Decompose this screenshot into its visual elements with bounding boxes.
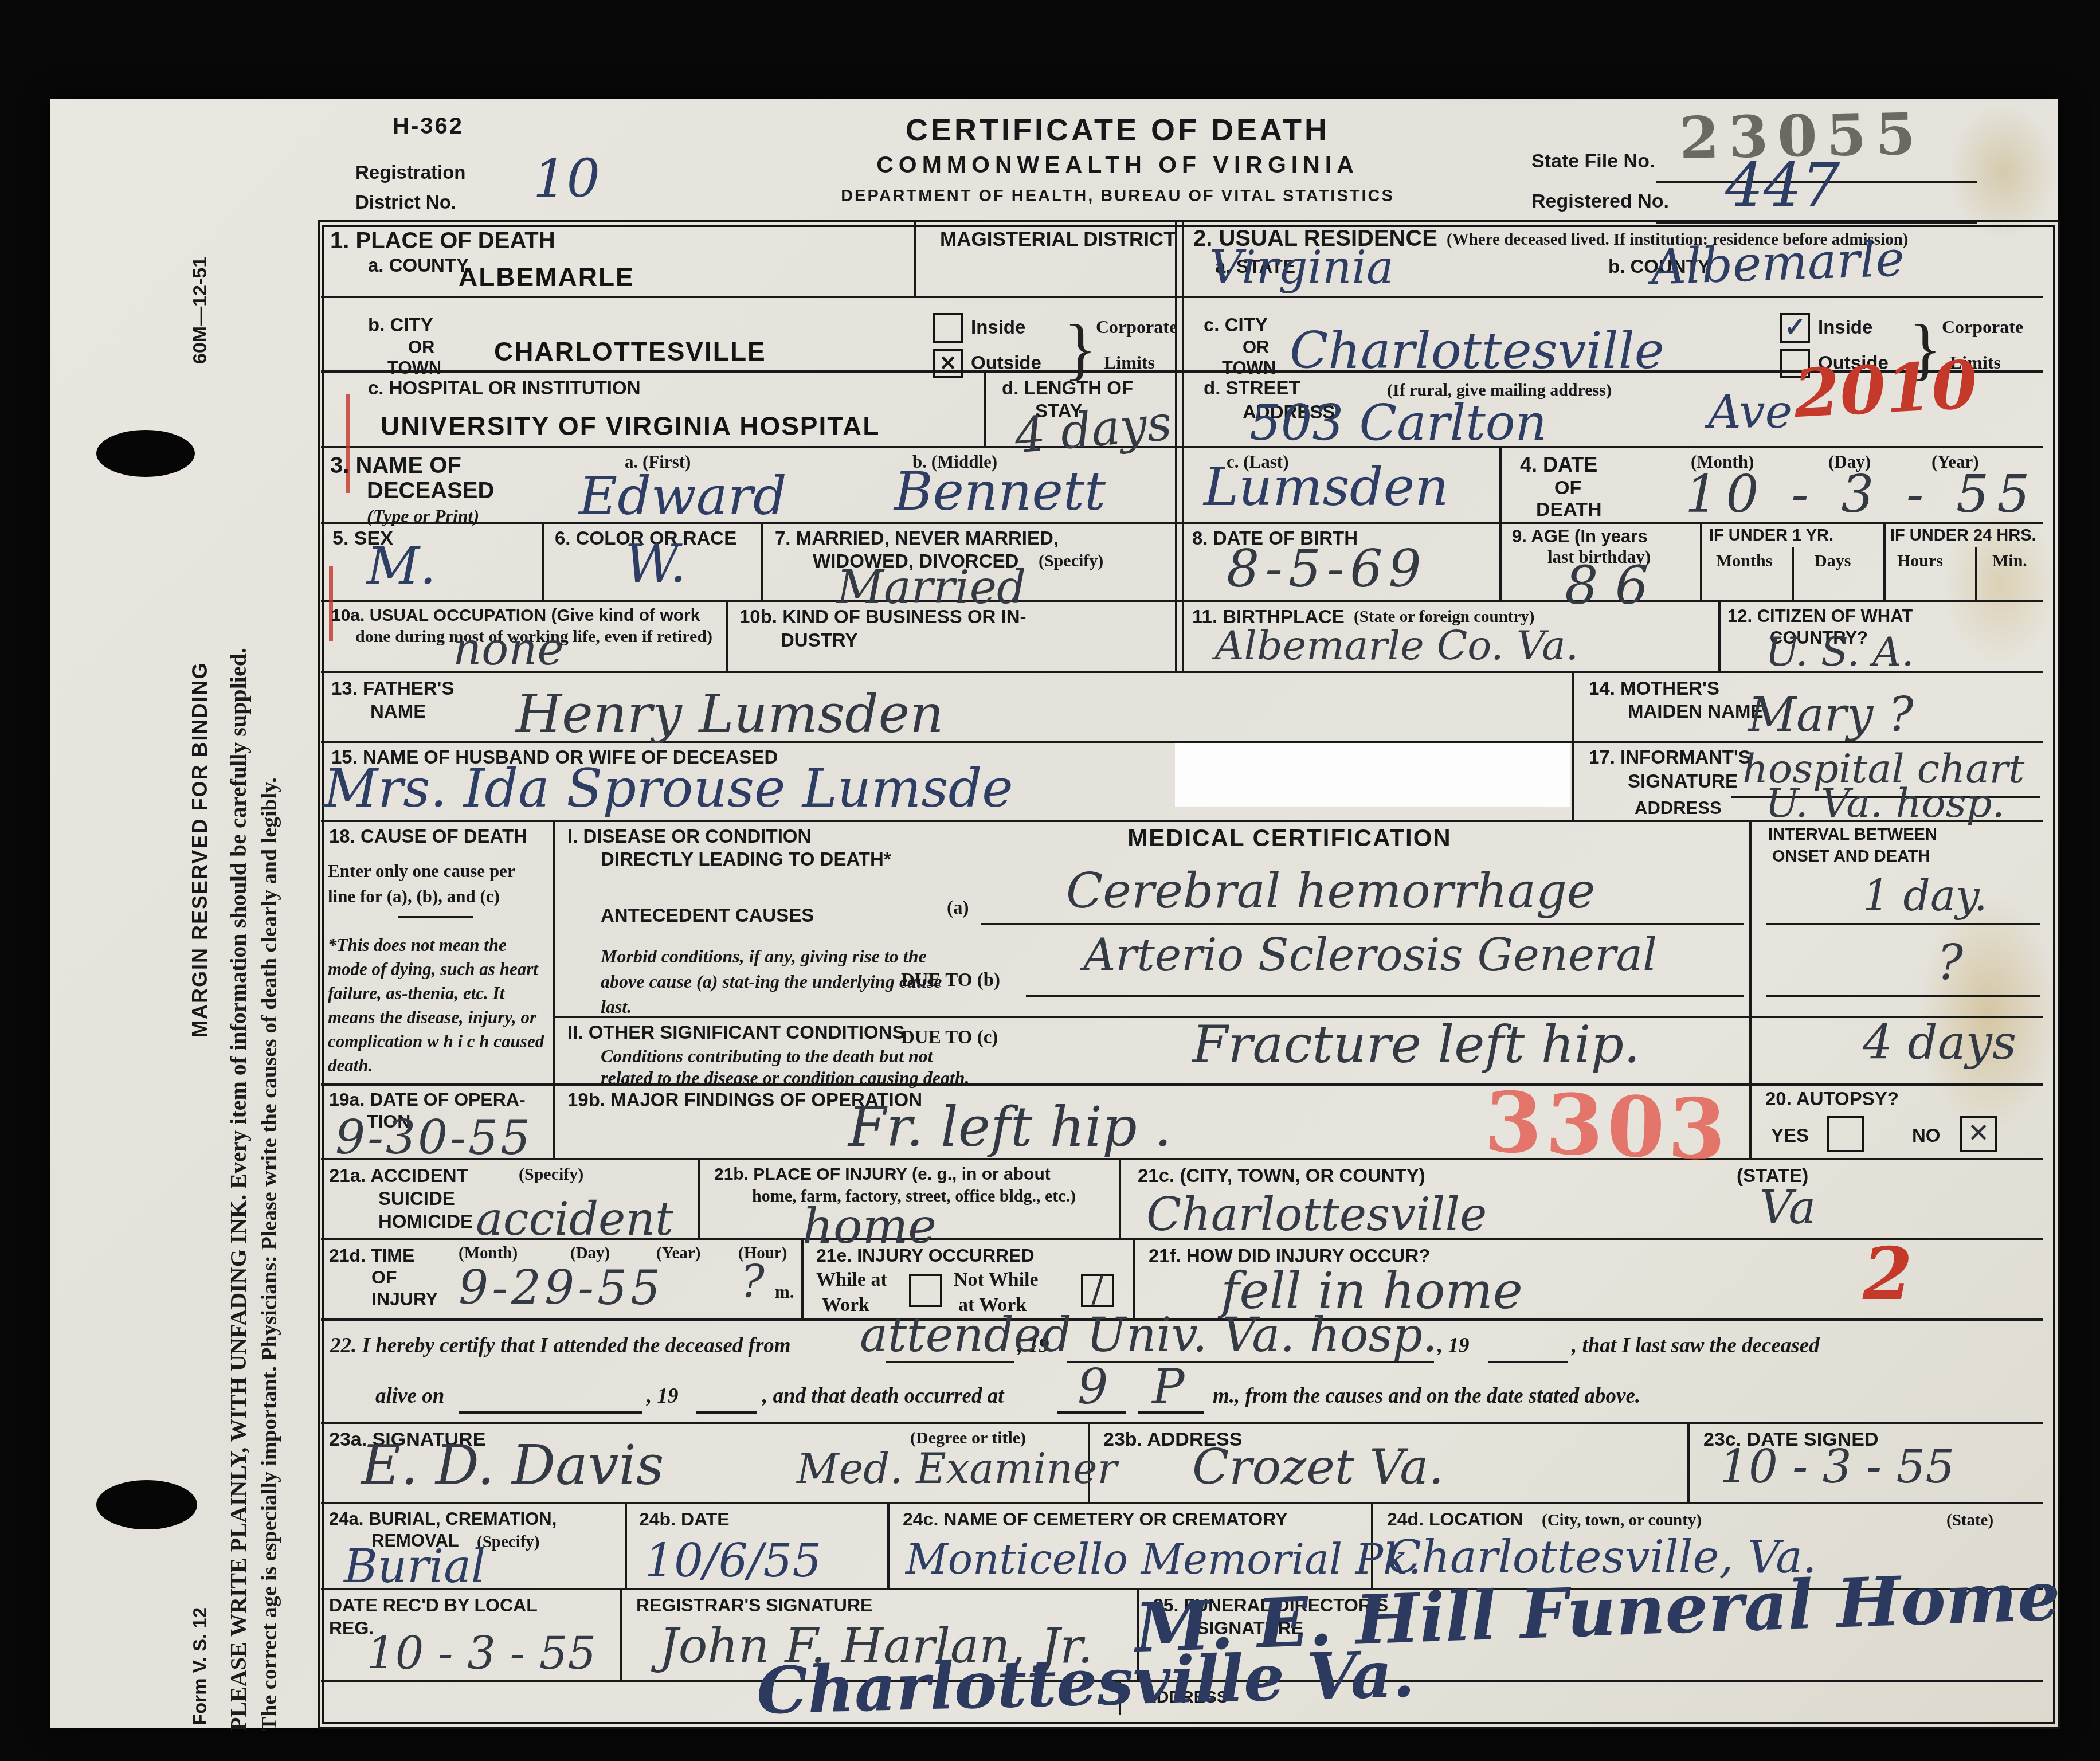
injury-month-label: (Month) — [459, 1244, 518, 1263]
burial-value: Burial — [344, 1540, 485, 1593]
cause-a-line — [981, 923, 1744, 925]
other-conditions-value: Fracture left hip. — [1192, 1015, 1640, 1075]
interval-a-line — [1766, 923, 2040, 925]
outside-checkbox-checked: ✕ — [933, 349, 963, 378]
age-label: 9. AGE (In years — [1512, 526, 1648, 547]
registered-no-value: 447 — [1725, 150, 1840, 220]
injury-occurred-label: 21e. INJURY OCCURRED — [816, 1245, 1035, 1266]
accident-value: accident — [476, 1192, 673, 1246]
x-mark: ✕ — [939, 351, 957, 375]
interval-label2: ONSET AND DEATH — [1772, 847, 1930, 866]
injury-state-value: Va — [1760, 1181, 1816, 1234]
sex-value: M. — [367, 536, 436, 596]
mothers-name-value: Mary ? — [1748, 688, 1913, 742]
name-of-deceased-title2: DECEASED — [367, 478, 494, 504]
hours-label: Hours — [1897, 551, 1943, 571]
burial-location-note: (City, town, or county) — [1542, 1511, 1702, 1530]
autopsy-no-label: NO — [1912, 1125, 1941, 1146]
mothers-name-label: 14. MOTHER'S — [1589, 678, 1719, 699]
citizen-value: U. S. A. — [1765, 628, 1914, 675]
injury-hour-value: ? — [741, 1257, 765, 1308]
accident-label3: HOMICIDE — [378, 1211, 473, 1232]
disease-condition-label2: DIRECTLY LEADING TO DEATH* — [601, 848, 891, 870]
col-line — [1499, 522, 1502, 600]
days-label: Days — [1815, 551, 1851, 571]
cause-note-divider — [398, 916, 473, 918]
scanned-death-certificate: 60M—12-51 MARGIN RESERVED FOR BINDING Fo… — [0, 0, 2100, 1761]
pen-slash-mark: ∕ — [1092, 1268, 1104, 1310]
residence-city-or: OR — [1243, 337, 1270, 358]
col-line — [553, 820, 555, 1158]
col-line — [761, 522, 763, 600]
col-line — [914, 222, 916, 296]
age-value: 8 6 — [1565, 555, 1648, 616]
cause-a-value: Cerebral hemorrhage — [1066, 863, 1595, 919]
col-line — [1687, 1422, 1690, 1502]
death-hour-value: 9 — [1078, 1359, 1108, 1415]
col-line — [1792, 547, 1794, 600]
major-findings-value: Fr. left hip . — [848, 1096, 1172, 1159]
margin-binding-note: MARGIN RESERVED FOR BINDING — [188, 579, 212, 1038]
residence-inside-label: Inside — [1818, 316, 1872, 338]
occupation-label: 10a. USUAL OCCUPATION (Give kind of work — [331, 606, 700, 625]
col-line — [1700, 522, 1702, 600]
department-line: DEPARTMENT OF HEALTH, BUREAU OF VITAL ST… — [774, 187, 1462, 206]
mothers-name-label2: MAIDEN NAME — [1628, 701, 1764, 722]
form-reference: H-362 — [393, 114, 464, 139]
time-of-injury-label2: OF — [371, 1267, 397, 1288]
col-line — [1499, 446, 1502, 522]
city-label: b. CITY — [368, 314, 433, 336]
certify-text-6: , 19 — [647, 1384, 679, 1408]
red-check-mark — [329, 566, 333, 641]
autopsy-no-checkbox-checked: ✕ — [1960, 1116, 1997, 1152]
registrar-signature-label: REGISTRAR'S SIGNATURE — [636, 1595, 872, 1616]
registration-label: Registration — [355, 162, 466, 183]
residence-inside-checkbox-checked: ✓ — [1780, 313, 1810, 343]
residence-county-value: Albemarle — [1650, 230, 1905, 296]
date-of-death-label2: OF — [1554, 477, 1581, 499]
autopsy-yes-checkbox — [1827, 1116, 1864, 1152]
cause-of-death-label: 18. CAUSE OF DEATH — [329, 825, 527, 847]
date-of-birth-value: 8-5-69 — [1227, 539, 1427, 599]
margin-form-number: Form V. S. 12 — [189, 1588, 211, 1725]
col-line — [542, 522, 544, 600]
date-of-death-label: 4. DATE — [1520, 453, 1597, 477]
cause-note2: *This does not mean the mode of dying, s… — [328, 933, 548, 1078]
city-label-town: TOWN — [387, 358, 441, 378]
row-line — [321, 1422, 2043, 1424]
place-of-injury-label: 21b. PLACE OF INJURY (e. g., in or about — [714, 1165, 1051, 1184]
red-mark-2: 2 — [1863, 1232, 1913, 1316]
punch-hole-top — [96, 430, 195, 477]
certify-text-7: , and that death occurred at — [762, 1384, 1004, 1408]
time-of-injury-label: 21d. TIME — [329, 1245, 414, 1266]
col-line — [887, 1502, 890, 1588]
spouse-name-value: Mrs. Ida Sprouse Lumsde — [324, 758, 1013, 819]
injury-m-label: m. — [775, 1282, 794, 1302]
row-line — [321, 1158, 2043, 1160]
date-of-death-label3: DEATH — [1536, 499, 1602, 521]
birthplace-value: Albemarle Co. Va. — [1215, 622, 1578, 669]
certify-text-4: , that I last saw the deceased — [1572, 1333, 1820, 1358]
certify-blank-4 — [459, 1411, 642, 1414]
residence-corporate-label: Corporate — [1942, 316, 2023, 338]
disease-condition-label: I. DISEASE OR CONDITION — [567, 825, 811, 847]
certify-blank-3 — [1488, 1361, 1568, 1363]
col-line — [984, 370, 986, 446]
street-address-value: 503 Carlton — [1249, 394, 1547, 452]
if-under-1yr-label: IF UNDER 1 YR. — [1709, 526, 1833, 545]
cemetery-value: Monticello Memorial Pk. — [906, 1535, 1421, 1583]
col-line — [698, 1158, 700, 1238]
other-conditions-label: II. OTHER SIGNIFICANT CONDITIONS — [567, 1022, 905, 1043]
degree-title-value: Med. Examiner — [797, 1445, 1117, 1493]
corporate-label: Corporate — [1096, 316, 1177, 338]
informant-address-value: U. Va. hosp. — [1765, 780, 2005, 827]
burial-date-label: 24b. DATE — [639, 1509, 730, 1530]
col-line — [625, 1502, 627, 1588]
interval-label: INTERVAL BETWEEN — [1768, 825, 1937, 844]
accident-specify-note: (Specify) — [519, 1165, 583, 1184]
certify-blank-5 — [696, 1411, 757, 1414]
registered-no-label: Registered No. — [1531, 190, 1669, 213]
fathers-name-label: 13. FATHER'S — [331, 678, 454, 699]
cause-a-label: (a) — [947, 898, 969, 919]
while-at-work-checkbox — [909, 1274, 942, 1307]
informant-label2: SIGNATURE — [1628, 770, 1738, 792]
punch-hole-bottom — [96, 1480, 197, 1529]
burial-location-state-note: (State) — [1946, 1511, 1993, 1530]
pen-check-mark: ✓ — [1784, 312, 1807, 342]
not-while-at-work-checkbox-checked: ∕ — [1081, 1274, 1114, 1307]
color-race-value: W. — [625, 533, 687, 594]
middle-name-value: Bennett — [894, 461, 1106, 522]
col-line — [1133, 1238, 1135, 1318]
other-conditions-note1: Conditions contributing to the death but… — [601, 1046, 933, 1067]
not-while-label: Not While — [954, 1269, 1039, 1291]
state-file-no-label: State File No. — [1531, 150, 1655, 173]
red-stamp-number: 3303 — [1483, 1074, 1731, 1180]
date-of-operation-value: 9-30-55 — [335, 1111, 532, 1165]
autopsy-yes-label: YES — [1771, 1125, 1809, 1146]
name-of-deceased-title: 3. NAME OF — [330, 453, 461, 479]
place-of-death-title: 1. PLACE OF DEATH — [330, 228, 555, 254]
district-no-label: District No. — [355, 191, 456, 213]
red-house-number: 2010 — [1792, 346, 1980, 433]
certify-text-8: m., from the causes and on the date stat… — [1213, 1384, 1640, 1408]
residence-state-value: Virginia — [1209, 241, 1394, 294]
informant-address-label: ADDRESS — [1635, 798, 1722, 819]
certificate-title: CERTIFICATE OF DEATH — [774, 112, 1462, 148]
residence-city-town: TOWN — [1222, 358, 1276, 378]
time-of-injury-label3: INJURY — [371, 1289, 438, 1310]
physician-signature-value: E. D. Davis — [361, 1434, 664, 1497]
outside-label: Outside — [971, 352, 1041, 374]
city-value: CHARLOTTESVILLE — [494, 336, 766, 367]
margin-correct-age-note: The correct age is especially important.… — [257, 138, 282, 1731]
inside-checkbox — [933, 313, 963, 343]
medical-certification-title: MEDICAL CERTIFICATION — [974, 824, 1605, 852]
interval-ii-value: 4 days — [1863, 1016, 2016, 1070]
last-name-value: Lumsden — [1204, 456, 1448, 518]
business-label: 10b. KIND OF BUSINESS OR IN- — [739, 606, 1027, 628]
street-address-value2: Ave — [1708, 385, 1792, 439]
date-of-operation-label: 19a. DATE OF OPERA- — [329, 1089, 526, 1110]
limits-label: Limits — [1104, 352, 1155, 373]
burial-label: 24a. BURIAL, CREMATION, — [329, 1509, 557, 1529]
residence-city-label: c. CITY — [1204, 314, 1268, 336]
margin-print-code: 60M—12-51 — [189, 135, 211, 364]
injury-city-value: Charlottesville — [1146, 1188, 1487, 1241]
col-line — [1749, 820, 1752, 1158]
col-line — [1119, 1158, 1121, 1238]
hospital-label: c. HOSPITAL OR INSTITUTION — [368, 377, 640, 399]
col-line — [1718, 600, 1721, 671]
x-mark: ✕ — [1968, 1117, 1990, 1148]
injury-year-label: (Year) — [656, 1244, 700, 1263]
certify-text-1: 22. I hereby certify that I attended the… — [330, 1333, 791, 1358]
type-or-print-note: (Type or Print) — [367, 506, 479, 527]
center-divider — [1175, 222, 1184, 671]
district-no-value: 10 — [533, 148, 600, 209]
certify-text-3: , 19 — [1437, 1333, 1470, 1358]
burial-location-label: 24d. LOCATION — [1387, 1509, 1523, 1530]
death-ampm-value: P — [1152, 1359, 1185, 1415]
interval-b-line — [1766, 995, 2040, 997]
inside-label: Inside — [971, 316, 1025, 338]
length-of-stay-label: d. LENGTH OF — [1002, 377, 1133, 399]
injury-city-label: 21c. (CITY, TOWN, OR COUNTY) — [1138, 1165, 1425, 1187]
date-recd-value: 10 - 3 - 55 — [367, 1628, 596, 1680]
citizen-label: 12. CITIZEN OF WHAT — [1727, 606, 1913, 627]
city-label-or: OR — [408, 337, 435, 358]
accident-label: 21a. ACCIDENT — [329, 1165, 468, 1187]
date-recd-label: DATE REC'D BY LOCAL — [329, 1595, 538, 1616]
business-label2: DUSTRY — [781, 629, 857, 651]
fathers-name-label2: NAME — [370, 701, 426, 722]
time-of-injury-value: 9-29-55 — [459, 1261, 664, 1316]
interval-a-value: 1 day. — [1863, 871, 1988, 921]
min-label: Min. — [1992, 551, 2027, 571]
date-of-death-value: 10 - 3 - 55 — [1685, 464, 2038, 525]
col-line — [1975, 547, 1977, 600]
other-conditions-note2: related to the disease or condition caus… — [601, 1067, 970, 1089]
date-signed-value: 10 - 3 - 55 — [1719, 1440, 1954, 1493]
commonwealth-subtitle: COMMONWEALTH OF VIRGINIA — [774, 151, 1462, 178]
due-to-b-label: DUE TO (b) — [901, 970, 1000, 991]
months-label: Months — [1716, 551, 1772, 571]
col-line — [726, 600, 728, 671]
burial-date-value: 10/6/55 — [645, 1534, 821, 1587]
cemetery-label: 24c. NAME OF CEMETERY OR CREMATORY — [903, 1509, 1288, 1530]
injury-day-label: (Day) — [570, 1244, 610, 1263]
county-label: a. COUNTY — [368, 255, 469, 276]
cause-b-line — [1026, 995, 1744, 997]
if-under-24hrs-label: IF UNDER 24 HRS. — [1890, 526, 2036, 545]
informant-label: 17. INFORMANT'S — [1589, 746, 1751, 768]
redaction-box — [1175, 743, 1570, 807]
autopsy-label: 20. AUTOPSY? — [1765, 1088, 1899, 1110]
cause-note1: Enter only one cause per line for (a), (… — [328, 859, 546, 909]
first-name-value: Edward — [579, 465, 787, 527]
margin-write-plainly-note: PLEASE WRITE PLAINLY, WITH UNFADING INK.… — [225, 138, 252, 1731]
residence-city-value: Charlottesville — [1290, 321, 1664, 380]
hospital-value: UNIVERSITY OF VIRGINIA HOSPITAL — [381, 410, 880, 441]
marital-status-label: 7. MARRIED, NEVER MARRIED, — [775, 527, 1059, 549]
fathers-name-value: Henry Lumsden — [516, 683, 944, 745]
col-line — [1572, 671, 1574, 820]
accident-label2: SUICIDE — [378, 1188, 455, 1210]
burial-specify-note: (Specify) — [477, 1533, 540, 1552]
col-line — [1883, 522, 1886, 600]
occupation-value: none — [453, 624, 564, 675]
marital-specify-note: (Specify) — [1039, 551, 1103, 571]
certify-handwriting: attended Univ. Va. hosp. — [860, 1308, 1437, 1363]
while-at-label: While at — [816, 1269, 887, 1291]
county-value: ALBEMARLE — [459, 261, 634, 292]
physician-address-value: Crozet Va. — [1192, 1439, 1444, 1495]
magisterial-district-label: MAGISTERIAL DISTRICT — [940, 228, 1176, 251]
cause-b-value: Arterio Sclerosis General — [1083, 930, 1657, 981]
row-line — [321, 1502, 2043, 1504]
antecedent-causes-label: ANTECEDENT CAUSES — [601, 905, 814, 926]
row-line — [321, 1083, 2043, 1086]
certify-text-5: alive on — [375, 1384, 444, 1408]
interval-b-value: ? — [1937, 934, 1963, 991]
col-line — [620, 1588, 622, 1680]
